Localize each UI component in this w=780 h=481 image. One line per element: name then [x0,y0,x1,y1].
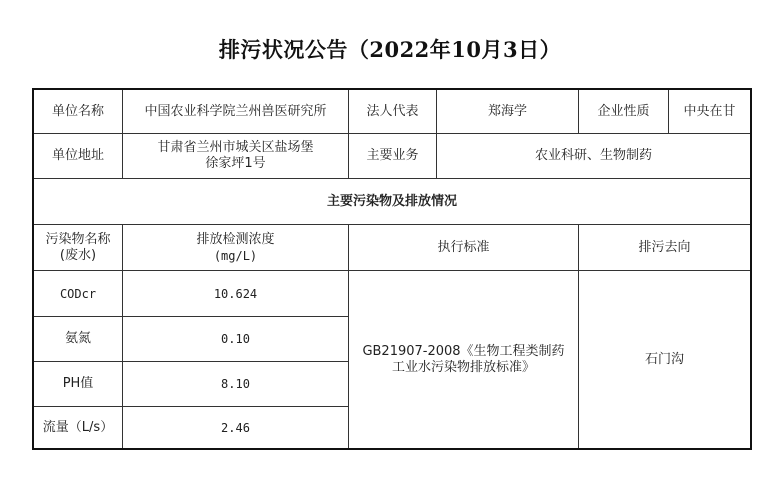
page-title: 排污状况公告（2022年10月3日） [0,34,780,64]
pollutant-name: CODcr [34,271,122,316]
pollutant-value: 2.46 [123,407,348,448]
pollutant-header-line1: 污染物名称 [45,232,110,248]
standard-value: GB21907-2008《生物工程类制药 工业水污染物排放标准》 [349,271,578,448]
standard-line2: 工业水污染物排放标准》 [392,360,535,376]
standard-line1: GB21907-2008《生物工程类制药 [362,344,564,360]
pollutant-value: 8.10 [123,362,348,406]
nature-value: 中央在甘 [669,90,750,133]
unit-name-label: 单位名称 [34,90,122,133]
pollutant-name: 流量（L/s） [34,407,122,448]
col-header-pollutant: 污染物名称 (废水) [34,225,122,270]
address-value: 甘肃省兰州市城关区盐场堡 徐家坪1号 [123,134,348,178]
pollutant-name: 氨氮 [34,317,122,361]
concentration-header-line1: 排放检测浓度 [196,232,274,248]
unit-name-value: 中国农业科学院兰州兽医研究所 [123,90,348,133]
business-label: 主要业务 [349,134,436,178]
pollutant-value: 0.10 [123,317,348,361]
address-label: 单位地址 [34,134,122,178]
pollutant-header-line2: (废水) [60,248,96,264]
col-header-destination: 排污去向 [579,225,750,270]
pollutant-name: PH值 [34,362,122,406]
section-title: 主要污染物及排放情况 [34,179,750,224]
destination-value: 石门沟 [579,271,750,448]
legal-rep-label: 法人代表 [349,90,436,133]
col-header-concentration: 排放检测浓度 (mg/L) [123,225,348,270]
address-line1: 甘肃省兰州市城关区盐场堡 [157,140,313,156]
business-value: 农业科研、生物制药 [437,134,750,178]
legal-rep-value: 郑海学 [437,90,578,133]
concentration-header-line2: (mg/L) [214,248,257,264]
pollutant-value: 10.624 [123,271,348,316]
col-header-standard: 执行标准 [349,225,578,270]
address-line2: 徐家坪1号 [205,156,265,172]
discharge-table: 单位名称 中国农业科学院兰州兽医研究所 法人代表 郑海学 企业性质 中央在甘 单… [32,88,752,450]
nature-label: 企业性质 [579,90,668,133]
